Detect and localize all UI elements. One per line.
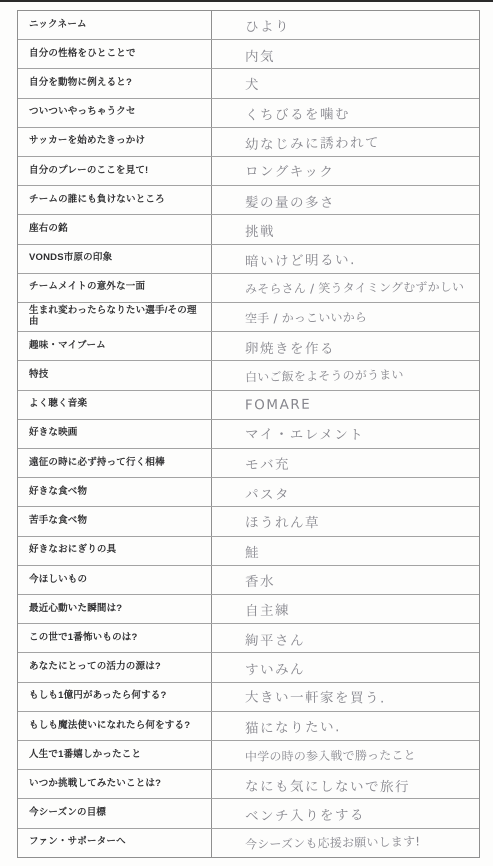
table-row: もしも魔法使いになれたら何をする? 猫になりたい. <box>18 712 479 741</box>
answer-cell: 暗いけど明るい. <box>212 245 479 273</box>
question-label: もしも1億円があったら何する? <box>29 691 167 702</box>
question-label: 自分のプレーのここを見て! <box>29 166 148 177</box>
table-row: チームメイトの意外な一面 みそらさん / 笑うタイミングむずかしい <box>18 274 479 303</box>
answer-handwriting: ひより <box>245 15 290 36</box>
question-label: 座右の銘 <box>29 224 68 235</box>
answer-handwriting: 今シーズンも応援お願いします! <box>245 833 420 853</box>
table-row: 自分の性格をひとことで 内気 <box>18 40 479 69</box>
answer-handwriting: パスタ <box>245 483 290 503</box>
question-cell: 座右の銘 <box>18 215 212 243</box>
answer-handwriting: ほうれん草 <box>245 510 320 531</box>
answer-handwriting: 鮭 <box>245 541 260 561</box>
question-label: 苦手な食べ物 <box>29 516 87 527</box>
answer-handwriting: 大きい一軒家を買う. <box>245 685 386 706</box>
question-cell: この世で1番怖いものは? <box>18 624 212 652</box>
answer-cell: マイ・エレメント <box>212 420 479 448</box>
table-row: チームの誰にも負けないところ 髪の量の多さ <box>18 186 479 215</box>
question-label: サッカーを始めたきっかけ <box>29 136 145 147</box>
answer-cell: 挑戦 <box>212 215 479 243</box>
table-row: 好きな映画 マイ・エレメント <box>18 420 479 449</box>
table-row: ついついやっちゃうクセ くちびるを噛む <box>18 99 479 128</box>
question-label: チームの誰にも負けないところ <box>29 195 165 206</box>
question-label: 遠征の時に必ず持って行く相棒 <box>29 458 165 469</box>
answer-handwriting: ベンチ入りをする <box>245 803 365 824</box>
question-cell: 生まれ変わったらなりたい選手/その理由 <box>18 303 212 331</box>
answer-cell: 絢平さん <box>212 624 479 652</box>
answer-cell: 今シーズンも応援お願いします! <box>212 829 479 857</box>
table-row: VONDS市原の印象 暗いけど明るい. <box>18 245 479 274</box>
question-cell: いつか挑戦してみたいことは? <box>18 770 212 798</box>
question-cell: もしも魔法使いになれたら何をする? <box>18 712 212 740</box>
question-cell: チームの誰にも負けないところ <box>18 186 212 214</box>
question-label: 自分を動物に例えると? <box>29 78 132 89</box>
answer-cell: 髪の量の多さ <box>212 186 479 214</box>
answer-handwriting: すいみん <box>245 657 305 678</box>
table-row: 遠征の時に必ず持って行く相棒 モバ充 <box>18 449 479 478</box>
answer-cell: FOMARE <box>212 391 479 419</box>
answer-handwriting: くちびるを噛む <box>245 102 350 123</box>
question-label: 好きな食べ物 <box>29 487 87 498</box>
question-cell: 今シーズンの目標 <box>18 799 212 827</box>
question-cell: 好きな食べ物 <box>18 478 212 506</box>
table-row: 自分のプレーのここを見て! ロングキック <box>18 157 479 186</box>
answer-handwriting: なにも気にしないで旅行 <box>245 775 410 796</box>
answer-handwriting: 犬 <box>245 72 260 92</box>
table-row: 人生で1番嬉しかったこと 中学の時の参入戦で勝ったこと <box>18 741 479 770</box>
answer-handwriting: 絢平さん <box>245 629 305 649</box>
table-row: 苦手な食べ物 ほうれん草 <box>18 507 479 536</box>
answer-handwriting: 中学の時の参入戦で勝ったこと <box>245 746 416 765</box>
answer-handwriting: 空手 / かっこいいから <box>245 308 367 326</box>
table-row: あなたにとっての活力の源は? すいみん <box>18 653 479 682</box>
answer-cell: ベンチ入りをする <box>212 799 479 827</box>
question-label: もしも魔法使いになれたら何をする? <box>29 721 190 732</box>
question-cell: チームメイトの意外な一面 <box>18 274 212 302</box>
answer-cell: なにも気にしないで旅行 <box>212 770 479 798</box>
answer-cell: 猫になりたい. <box>212 712 479 740</box>
question-label: 生まれ変わったらなりたい選手/その理由 <box>29 306 205 328</box>
table-row: ニックネーム ひより <box>18 11 479 40</box>
answer-handwriting: 幼なじみに誘われて <box>245 131 380 153</box>
question-cell: あなたにとっての活力の源は? <box>18 653 212 681</box>
answer-cell: ひより <box>212 11 479 39</box>
table-row: サッカーを始めたきっかけ 幼なじみに誘われて <box>18 128 479 157</box>
answer-handwriting: 髪の量の多さ <box>245 191 335 211</box>
photo-top-edge <box>0 0 493 2</box>
answer-handwriting: 自主練 <box>245 599 290 620</box>
question-cell: よく聴く音楽 <box>18 391 212 419</box>
answer-cell: 自主練 <box>212 595 479 623</box>
question-cell: 好きなおにぎりの具 <box>18 537 212 565</box>
table-row: ファン・サポーターへ 今シーズンも応援お願いします! <box>18 829 479 857</box>
question-cell: 今ほしいもの <box>18 566 212 594</box>
question-cell: 人生で1番嬉しかったこと <box>18 741 212 769</box>
question-cell: ついついやっちゃうクセ <box>18 99 212 127</box>
answer-handwriting: みそらさん / 笑うタイミングむずかしい <box>245 278 464 297</box>
answer-handwriting: 猫になりたい. <box>245 715 341 737</box>
answer-cell: 空手 / かっこいいから <box>212 303 479 331</box>
answer-cell: ほうれん草 <box>212 507 479 535</box>
question-label: 特技 <box>29 370 48 381</box>
question-label: VONDS市原の印象 <box>29 253 112 264</box>
answer-handwriting: 暗いけど明るい. <box>245 248 356 270</box>
question-cell: 趣味・マイブーム <box>18 332 212 360</box>
table-row: 自分を動物に例えると? 犬 <box>18 69 479 98</box>
table-row: もしも1億円があったら何する? 大きい一軒家を買う. <box>18 683 479 712</box>
question-label: 人生で1番嬉しかったこと <box>29 750 141 761</box>
question-label: 趣味・マイブーム <box>29 341 106 352</box>
question-label: よく聴く音楽 <box>29 399 87 410</box>
question-cell: 自分の性格をひとことで <box>18 40 212 68</box>
question-cell: 好きな映画 <box>18 420 212 448</box>
qa-table: ニックネーム ひより 自分の性格をひとことで 内気 自分を動物に例えると? 犬 … <box>17 10 480 858</box>
question-label: ついついやっちゃうクセ <box>29 107 136 118</box>
question-label: チームメイトの意外な一面 <box>29 282 145 293</box>
table-row: 趣味・マイブーム 卵焼きを作る <box>18 332 479 361</box>
question-cell: 遠征の時に必ず持って行く相棒 <box>18 449 212 477</box>
answer-cell: パスタ <box>212 478 479 506</box>
answer-cell: 香水 <box>212 566 479 594</box>
table-row: 好きな食べ物 パスタ <box>18 478 479 507</box>
question-label: 今シーズンの目標 <box>29 808 106 819</box>
table-row: 座右の銘 挑戦 <box>18 215 479 244</box>
answer-handwriting: ロングキック <box>245 160 335 181</box>
table-row: 好きなおにぎりの具 鮭 <box>18 537 479 566</box>
answer-cell: 鮭 <box>212 537 479 565</box>
answer-cell: 大きい一軒家を買う. <box>212 683 479 711</box>
answer-handwriting: 挑戦 <box>245 219 275 239</box>
answer-cell: 白いご飯をよそうのがうまい <box>212 361 479 389</box>
answer-handwriting: 卵焼きを作る <box>245 337 335 357</box>
answer-cell: 幼なじみに誘われて <box>212 128 479 156</box>
question-cell: もしも1億円があったら何する? <box>18 683 212 711</box>
answer-cell: ロングキック <box>212 157 479 185</box>
question-cell: サッカーを始めたきっかけ <box>18 128 212 156</box>
question-label: 自分の性格をひとことで <box>29 49 136 60</box>
table-row: 最近心動いた瞬間は? 自主練 <box>18 595 479 624</box>
table-row: 今シーズンの目標 ベンチ入りをする <box>18 799 479 828</box>
question-label: この世で1番怖いものは? <box>29 633 138 644</box>
question-label: ファン・サポーターへ <box>29 837 126 848</box>
question-label: 好きな映画 <box>29 428 78 439</box>
answer-cell: 犬 <box>212 69 479 97</box>
question-label: 最近心動いた瞬間は? <box>29 604 122 615</box>
question-label: 好きなおにぎりの具 <box>29 545 116 556</box>
answer-handwriting: 香水 <box>245 570 275 590</box>
question-cell: 苦手な食べ物 <box>18 507 212 535</box>
table-row: この世で1番怖いものは? 絢平さん <box>18 624 479 653</box>
question-cell: 特技 <box>18 361 212 389</box>
question-label: ニックネーム <box>29 20 87 31</box>
question-cell: VONDS市原の印象 <box>18 245 212 273</box>
answer-handwriting: 白いご飯をよそうのがうまい <box>245 366 404 386</box>
answer-cell: くちびるを噛む <box>212 99 479 127</box>
answer-handwriting: FOMARE <box>245 396 311 413</box>
question-label: あなたにとっての活力の源は? <box>29 662 161 673</box>
questionnaire-sheet: ニックネーム ひより 自分の性格をひとことで 内気 自分を動物に例えると? 犬 … <box>0 0 493 866</box>
answer-cell: モバ充 <box>212 449 479 477</box>
table-row: 生まれ変わったらなりたい選手/その理由 空手 / かっこいいから <box>18 303 479 332</box>
question-label: いつか挑戦してみたいことは? <box>29 779 161 790</box>
answer-cell: 中学の時の参入戦で勝ったこと <box>212 741 479 769</box>
table-row: 今ほしいもの 香水 <box>18 566 479 595</box>
table-row: 特技 白いご飯をよそうのがうまい <box>18 361 479 390</box>
question-cell: ファン・サポーターへ <box>18 829 212 857</box>
question-cell: 最近心動いた瞬間は? <box>18 595 212 623</box>
table-row: よく聴く音楽 FOMARE <box>18 391 479 420</box>
answer-cell: みそらさん / 笑うタイミングむずかしい <box>212 274 479 302</box>
answer-handwriting: モバ充 <box>245 453 290 473</box>
answer-cell: 内気 <box>212 40 479 68</box>
answer-handwriting: マイ・エレメント <box>245 423 364 444</box>
question-label: 今ほしいもの <box>29 575 87 586</box>
question-cell: 自分のプレーのここを見て! <box>18 157 212 185</box>
question-cell: 自分を動物に例えると? <box>18 69 212 97</box>
answer-cell: すいみん <box>212 653 479 681</box>
answer-handwriting: 内気 <box>245 45 275 65</box>
table-row: いつか挑戦してみたいことは? なにも気にしないで旅行 <box>18 770 479 799</box>
question-cell: ニックネーム <box>18 11 212 39</box>
answer-cell: 卵焼きを作る <box>212 332 479 360</box>
